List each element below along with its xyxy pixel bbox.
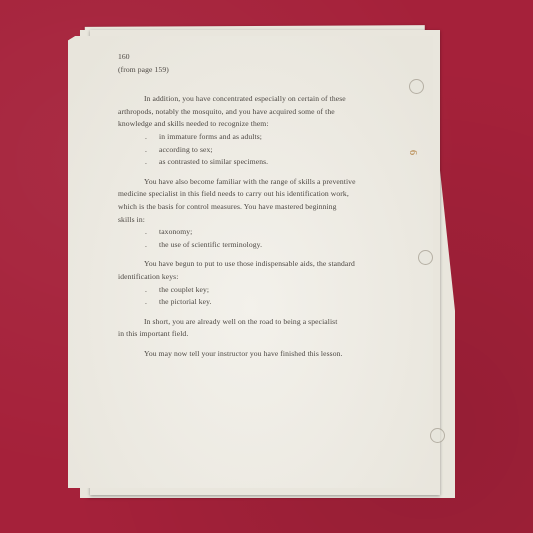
text-line: In short, you are already well on the ro… — [118, 316, 418, 329]
binder-hole-icon — [430, 428, 445, 443]
binder-hole-icon — [418, 250, 433, 265]
list-item: .according to sex; — [145, 144, 418, 157]
page-number: 160 — [118, 51, 418, 64]
text-line: medicine specialist in this field needs … — [118, 188, 418, 201]
text-line: arthropods, notably the mosquito, and yo… — [118, 106, 418, 119]
paragraph-3: You have begun to put to use those indis… — [118, 258, 418, 308]
document-text: 160 (from page 159) In addition, you hav… — [118, 51, 418, 360]
list-item: .the couplet key; — [145, 284, 418, 297]
list-item: .the use of scientific terminology. — [145, 239, 418, 252]
text-line: You have begun to put to use those indis… — [118, 258, 418, 271]
list-item: .in immature forms and as adults; — [145, 131, 418, 144]
text-line: identification keys: — [118, 271, 418, 284]
paragraph-5: You may now tell your instructor you hav… — [118, 348, 418, 361]
continued-from: (from page 159) — [118, 64, 418, 77]
paragraph-2: You have also become familiar with the r… — [118, 176, 418, 252]
list-item: .the pictorial key. — [145, 296, 418, 309]
paragraph-4: In short, you are already well on the ro… — [118, 316, 418, 341]
text-line: skills in: — [118, 214, 418, 227]
text-line: knowledge and skills needed to recognize… — [118, 118, 418, 131]
text-line: You have also become familiar with the r… — [118, 176, 418, 189]
text-line: in this important field. — [118, 328, 418, 341]
text-line: You may now tell your instructor you hav… — [118, 348, 418, 361]
text-line: which is the basis for control measures.… — [118, 201, 418, 214]
text-line: In addition, you have concentrated espec… — [118, 93, 418, 106]
list-item: .as contrasted to similar specimens. — [145, 156, 418, 169]
list-item: .taxonomy; — [145, 226, 418, 239]
paragraph-1: In addition, you have concentrated espec… — [118, 93, 418, 169]
